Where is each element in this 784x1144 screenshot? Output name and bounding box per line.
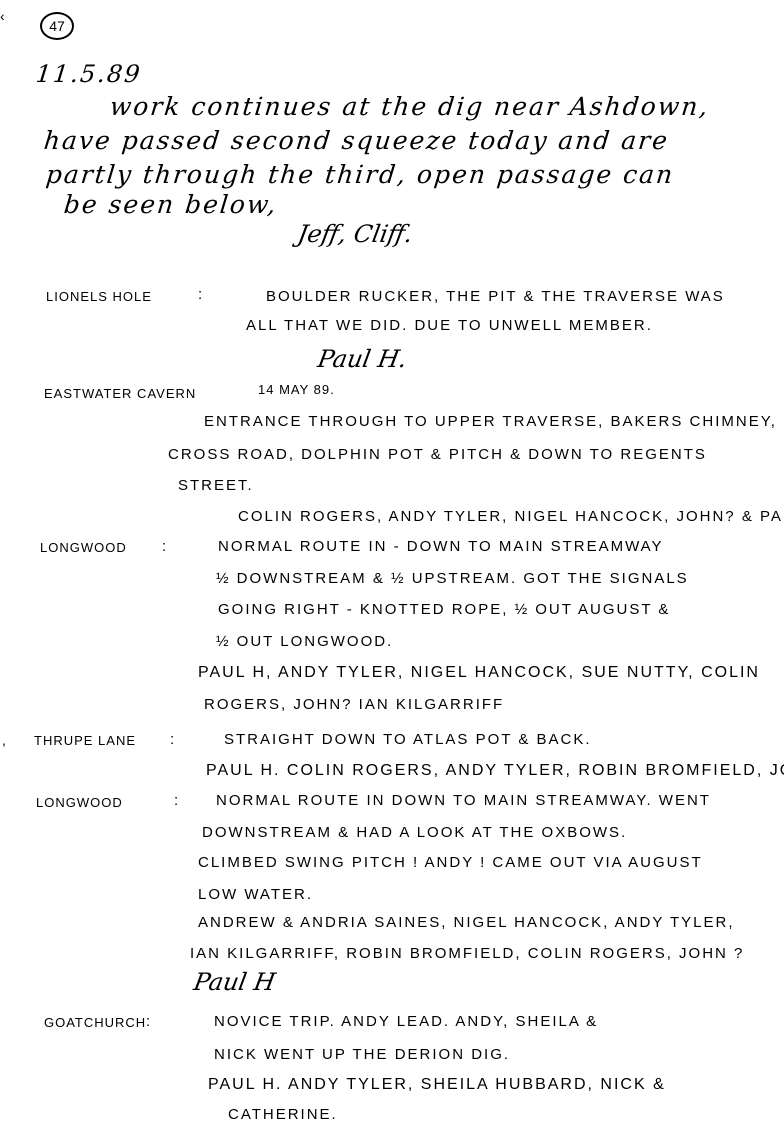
entry-3-line: Entrance through to Upper Traverse, Bake… xyxy=(204,413,777,430)
separator: : xyxy=(174,792,178,809)
entry-6-line: Normal Route In Down to Main Streamway. … xyxy=(216,792,711,809)
entry-2-line: Boulder Rucker, The Pit & The Traverse W… xyxy=(266,288,725,305)
entry-6-location: Longwood xyxy=(36,795,123,810)
entry-4-line: ½ Downstream & ½ upstream. Got The Signa… xyxy=(216,570,689,587)
entry-4-party: Rogers, John? Ian Kilgarriff xyxy=(204,696,504,713)
entry-1-signature: Jeff, Cliff. xyxy=(296,220,415,248)
entry-6-party: Andrew & Andria Saines, Nigel Hancock, A… xyxy=(198,914,735,931)
entry-1-line: be seen below, xyxy=(62,190,278,219)
entry-7-party: Paul H. Andy Tyler, Sheila Hubbard, Nick… xyxy=(208,1076,666,1094)
entry-1-line: have passed second squeeze today and are xyxy=(42,126,670,155)
entry-7-location: Goatchurch xyxy=(44,1015,146,1030)
entry-3-line: Cross Road, Dolphin Pot & Pitch & Down t… xyxy=(168,446,707,463)
entry-1-line: partly through the third, open passage c… xyxy=(44,160,675,189)
entry-5-line: Straight Down to Atlas Pot & Back. xyxy=(224,731,592,748)
entry-6-line: Climbed Swing Pitch ! Andy ! Came out Vi… xyxy=(198,854,703,871)
entry-7-line: Nick Went up The Derion Dig. xyxy=(214,1046,510,1063)
entry-4-party: Paul H, Andy Tyler, Nigel Hancock, Sue N… xyxy=(198,664,760,682)
page-edge-mark: ‹ xyxy=(0,8,5,24)
entry-3-location: Eastwater Cavern xyxy=(44,386,196,401)
entry-6-party: Ian Kilgarriff, Robin Bromfield, Colin R… xyxy=(190,945,744,962)
entry-6-line: Downstream & Had A look At The Oxbows. xyxy=(202,824,627,841)
entry-5-location: Thrupe Lane xyxy=(34,733,136,748)
entry-2-location: Lionels Hole xyxy=(46,289,152,304)
entry-4-line: Going Right - Knotted Rope, ½ out August… xyxy=(218,601,670,618)
entry-2-signature: Paul H. xyxy=(316,345,410,373)
separator: : xyxy=(162,538,166,555)
entry-3-party: Colin Rogers, Andy Tyler, Nigel Hancock,… xyxy=(238,508,784,525)
entry-5-party: Paul H. Colin Rogers, Andy Tyler, Robin … xyxy=(206,762,784,780)
entry-7-party: Catherine. xyxy=(228,1106,338,1123)
entry-3-line: Street. xyxy=(178,477,254,494)
entry-2-line: All That We Did. Due to unwell Member. xyxy=(246,317,653,334)
margin-mark: , xyxy=(2,732,6,748)
entry-4-location: Longwood xyxy=(40,540,127,555)
entry-6-signature: Paul H xyxy=(192,968,278,996)
page-number: 47 xyxy=(40,12,74,40)
separator: : xyxy=(170,731,174,748)
separator: : xyxy=(146,1013,150,1030)
entry-3-date: 14 May 89. xyxy=(258,382,335,397)
entry-6-line: low Water. xyxy=(198,886,313,903)
entry-1-date: 11.5.89 xyxy=(35,60,144,88)
entry-4-line: Normal Route in - Down to Main Streamway xyxy=(218,538,664,555)
separator: : xyxy=(198,286,202,303)
entry-7-line: Novice Trip. Andy Lead. Andy, Sheila & xyxy=(214,1013,598,1030)
entry-4-line: ½ out Longwood. xyxy=(216,633,393,650)
entry-1-line: work continues at the dig near Ashdown, xyxy=(108,92,710,121)
